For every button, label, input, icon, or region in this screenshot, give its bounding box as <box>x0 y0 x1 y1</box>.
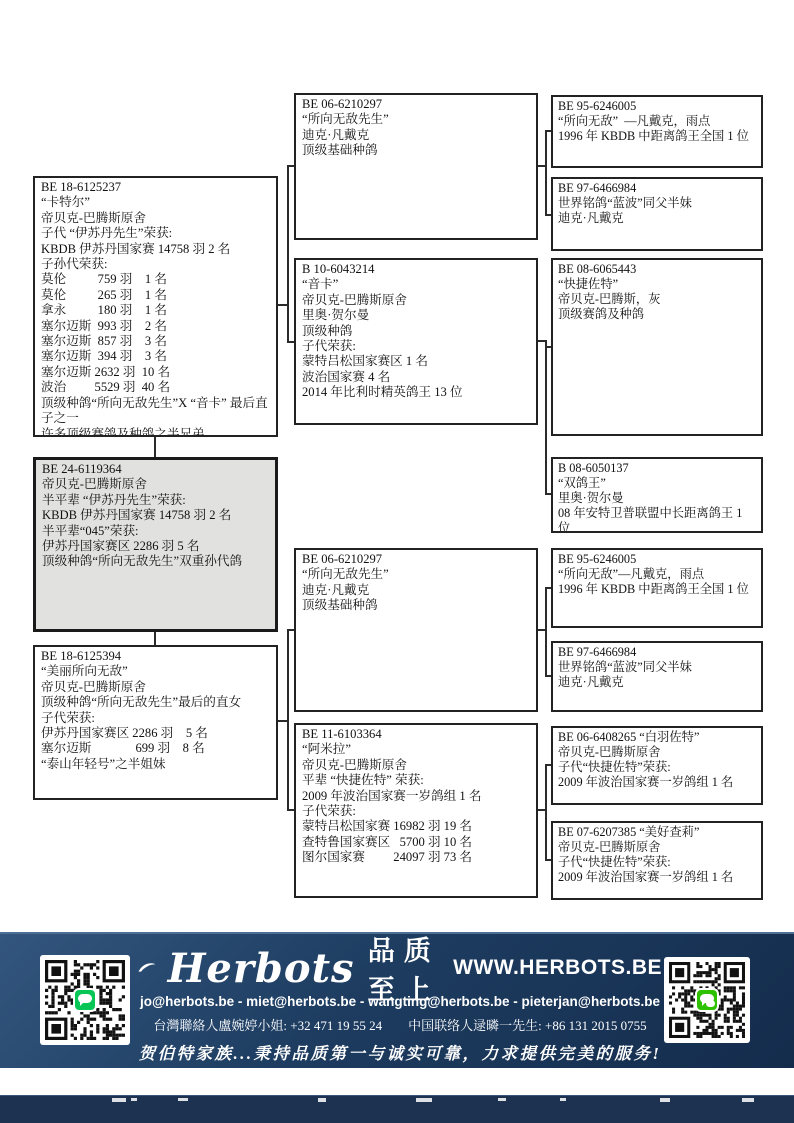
pedigree-line: 查特鲁国家赛区 5700 羽 10 名 <box>302 835 530 850</box>
pedigree-line: “所向无敌先生” <box>302 567 530 582</box>
pedigree-line: 迪克·凡戴克 <box>302 128 530 143</box>
pedigree-line: 帝贝克-巴腾斯，灰 <box>558 292 756 307</box>
pedigree-box-granddam-1: B 10-6043214 “音卡”帝贝克-巴腾斯原舍里奥·贺尔曼顶级种鸽子代荣获… <box>294 258 538 425</box>
connector-line <box>545 764 547 861</box>
box-lines: “所向无敌”—凡戴克，雨点1996 年 KBDB 中距离鸽王全国 1 位 <box>558 567 756 597</box>
pedigree-line: 08 年安特卫普联盟中长距离鸽王 1 位 <box>558 506 756 533</box>
pedigree-line: “所向无敌”—凡戴克，雨点 <box>558 567 756 582</box>
pedigree-line: 子代 “伊苏丹先生”荣获: <box>41 226 270 241</box>
connector-line <box>545 346 551 348</box>
connector-line <box>154 632 156 645</box>
pedigree-line: 平辈 “快捷佐特” 荣获: <box>302 773 530 788</box>
pedigree-line: “快捷佐特” <box>558 277 756 292</box>
ring-number: BE 95-6246005 <box>558 552 756 567</box>
pedigree-line: 帝贝克-巴腾斯原舍 <box>41 680 270 695</box>
pedigree-line: 2009 年波治国家赛一岁鸽组 1 名 <box>558 870 756 885</box>
ring-number: BE 08-6065443 <box>558 262 756 277</box>
pedigree-line: 迪克·凡戴克 <box>558 211 756 226</box>
pedigree-box-ggp5: BE 95-6246005 “所向无敌”—凡戴克，雨点1996 年 KBDB 中… <box>551 548 763 628</box>
box-lines: 帝贝克-巴腾斯原舍子代“快捷佐特”荣获:2009 年波治国家赛一岁鸽组 1 名 <box>558 840 756 885</box>
connector-line <box>545 130 551 132</box>
connector-line <box>287 165 294 167</box>
box-lines: 世界铭鸽“蓝波”同父半妹迪克·凡戴克 <box>558 660 756 690</box>
pedigree-line: 顶级种鸽“所向无敌先生”最后的直女 <box>41 695 270 710</box>
pedigree-box-ggp2: BE 97-6466984 世界铭鸽“蓝波”同父半妹迪克·凡戴克 <box>551 177 763 251</box>
pedigree-line: KBDB 伊苏丹国家赛 14758 羽 2 名 <box>41 242 270 257</box>
taiwan-contact: 台灣聯絡人盧婉婷小姐: +32 471 19 55 24 <box>153 1015 382 1034</box>
connector-line <box>545 587 547 677</box>
pedigree-line: 莫伦 759 羽 1 名 <box>41 272 270 287</box>
connector-line <box>538 165 545 167</box>
pedigree-line: 子代荣获: <box>302 804 530 819</box>
pedigree-line: 伊苏丹国家赛区 2286 羽 5 名 <box>41 726 270 741</box>
box-lines: 帝贝克-巴腾斯原舍子代“快捷佐特”荣获:2009 年波治国家赛一岁鸽组 1 名 <box>558 745 756 790</box>
pedigree-box-ggp6: BE 97-6466984 世界铭鸽“蓝波”同父半妹迪克·凡戴克 <box>551 641 763 712</box>
pedigree-line: 塞尔迈斯 2632 羽 10 名 <box>41 365 270 380</box>
ring-number: BE 97-6466984 <box>558 645 756 660</box>
pedigree-line: “双鸽王” <box>558 476 756 491</box>
pedigree-line: 帝贝克-巴腾斯原舍 <box>558 840 756 855</box>
pedigree-line: 波治国家赛 4 名 <box>302 370 530 385</box>
pedigree-line: 1996 年 KBDB 中距离鸽王全国 1 位 <box>558 582 756 597</box>
pedigree-line: 2009 年波治国家赛一岁鸽组 1 名 <box>302 789 530 804</box>
pedigree-line: 帝贝克-巴腾斯原舍 <box>42 477 269 492</box>
connector-line <box>538 340 545 342</box>
ring-number: BE 18-6125237 <box>41 180 270 195</box>
website-url: WWW.HERBOTS.BE <box>453 956 662 980</box>
pedigree-box-ggp7: BE 06-6408265 “白羽佐特” 帝贝克-巴腾斯原舍子代“快捷佐特”荣获… <box>551 726 763 805</box>
box-lines: “美丽所向无敌”帝贝克-巴腾斯原舍顶级种鸽“所向无敌先生”最后的直女子代荣获:伊… <box>41 664 270 772</box>
pedigree-box-ggp3: BE 08-6065443 “快捷佐特”帝贝克-巴腾斯，灰顶级赛鸽及种鸽 <box>551 258 763 436</box>
pedigree-line: 莫伦 265 羽 1 名 <box>41 288 270 303</box>
pedigree-line: “阿米拉” <box>302 742 530 757</box>
pedigree-line: 许多顶级赛鸽及种鸽之半兄弟 <box>41 427 270 438</box>
pedigree-line: 拿永 180 羽 1 名 <box>41 303 270 318</box>
ring-number: BE 18-6125394 <box>41 649 270 664</box>
pedigree-line: 蒙特吕松国家赛 16982 羽 19 名 <box>302 819 530 834</box>
ring-number: BE 06-6210297 <box>302 97 530 112</box>
contact-row: 台灣聯絡人盧婉婷小姐: +32 471 19 55 24 中国联络人逯暽一先生:… <box>138 1015 662 1034</box>
pedigree-box-granddam-2: BE 11-6103364 “阿米拉”帝贝克-巴腾斯原舍平辈 “快捷佐特” 荣获… <box>294 723 538 898</box>
connector-line <box>287 341 294 343</box>
pedigree-line: “泰山年轻号”之半姐妹 <box>41 757 270 772</box>
connector-line <box>545 493 551 495</box>
line-icon <box>73 988 97 1012</box>
pedigree-line: 帝贝克-巴腾斯原舍 <box>41 211 270 226</box>
next-page-strip <box>0 1095 794 1123</box>
pedigree-line: 迪克·凡戴克 <box>558 675 756 690</box>
pedigree-line: 波治 5529 羽 40 名 <box>41 380 270 395</box>
connector-line <box>287 809 294 811</box>
ring-number: B 10-6043214 <box>302 262 530 277</box>
pedigree-line: “音卡” <box>302 277 530 292</box>
pedigree-line: 顶级种鸽 <box>302 324 530 339</box>
box-lines: 世界铭鸽“蓝波”同父半妹迪克·凡戴克 <box>558 196 756 226</box>
pedigree-box-subject: BE 24-6119364 帝贝克-巴腾斯原舍半平辈 “伊苏丹先生”荣获:KBD… <box>33 457 278 632</box>
line-qr-code <box>40 955 130 1045</box>
pedigree-line: 子孙代荣获: <box>41 257 270 272</box>
connector-line <box>545 130 547 216</box>
box-lines: “双鸽王”里奥·贺尔曼08 年安特卫普联盟中长距离鸽王 1 位 <box>558 476 756 533</box>
pedigree-line: “美丽所向无敌” <box>41 664 270 679</box>
connector-line <box>545 859 551 861</box>
ring-number: BE 06-6408265 “白羽佐特” <box>558 730 756 745</box>
pedigree-box-grandsire-2: BE 06-6210297 “所向无敌先生”迪克·凡戴克顶级基础种鸽 <box>294 548 538 712</box>
pedigree-line: 里奥·贺尔曼 <box>558 491 756 506</box>
connector-line <box>545 764 551 766</box>
box-lines: “所向无敌” —凡戴克，雨点1996 年 KBDB 中距离鸽王全国 1 位 <box>558 114 756 144</box>
pedigree-line: 世界铭鸽“蓝波”同父半妹 <box>558 196 756 211</box>
pedigree-line: 2009 年波治国家赛一岁鸽组 1 名 <box>558 775 756 790</box>
pedigree-line: 2014 年比利时精英鸽王 13 位 <box>302 385 530 400</box>
pedigree-line: 帝贝克-巴腾斯原舍 <box>302 758 530 773</box>
connector-line <box>154 437 156 457</box>
pedigree-line: 蒙特吕松国家赛区 1 名 <box>302 354 530 369</box>
ring-number: BE 11-6103364 <box>302 727 530 742</box>
footer-banner: Herbots 品质至上 WWW.HERBOTS.BE jo@herbots.b… <box>0 932 794 1068</box>
connector-line <box>278 720 287 722</box>
pedigree-box-dam: BE 18-6125394 “美丽所向无敌”帝贝克-巴腾斯原舍顶级种鸽“所向无敌… <box>33 645 278 800</box>
pedigree-line: 伊苏丹国家赛区 2286 羽 5 名 <box>42 539 269 554</box>
pedigree-box-ggp1: BE 95-6246005 “所向无敌” —凡戴克，雨点1996 年 KBDB … <box>551 95 763 168</box>
pedigree-line: 半平辈 “伊苏丹先生”荣获: <box>42 493 269 508</box>
box-lines: “音卡”帝贝克-巴腾斯原舍里奥·贺尔曼顶级种鸽子代荣获:蒙特吕松国家赛区 1 名… <box>302 277 530 400</box>
pedigree-line: 半平辈“045”荣获: <box>42 524 269 539</box>
box-lines: 帝贝克-巴腾斯原舍半平辈 “伊苏丹先生”荣获:KBDB 伊苏丹国家赛 14758… <box>42 477 269 569</box>
pedigree-line: 顶级种鸽“所向无敌先生”双重孙代鸽 <box>42 554 269 569</box>
pedigree-line: 塞尔迈斯 394 羽 3 名 <box>41 349 270 364</box>
connector-line <box>287 165 289 343</box>
box-lines: “卡特尔”帝贝克-巴腾斯原舍子代 “伊苏丹先生”荣获:KBDB 伊苏丹国家赛 1… <box>41 195 270 437</box>
pedigree-line: KBDB 伊苏丹国家赛 14758 羽 2 名 <box>42 508 269 523</box>
pedigree-line: 顶级赛鸽及种鸽 <box>558 307 756 322</box>
connector-line <box>545 340 547 495</box>
ring-number: BE 95-6246005 <box>558 99 756 114</box>
ring-number: B 08-6050137 <box>558 461 756 476</box>
pedigree-line: “所向无敌先生” <box>302 112 530 127</box>
pedigree-box-grandsire-1: BE 06-6210297 “所向无敌先生”迪克·凡戴克顶级基础种鸽 <box>294 93 538 240</box>
pedigree-box-ggp4: B 08-6050137 “双鸽王”里奥·贺尔曼08 年安特卫普联盟中长距离鸽王… <box>551 457 763 533</box>
pedigree-line: 1996 年 KBDB 中距离鸽王全国 1 位 <box>558 129 756 144</box>
connector-line <box>538 809 545 811</box>
pedigree-line: “卡特尔” <box>41 195 270 210</box>
pedigree-line: 迪克·凡戴克 <box>302 583 530 598</box>
pedigree-line: 帝贝克-巴腾斯原舍 <box>558 745 756 760</box>
ring-number: BE 07-6207385 “美好查莉” <box>558 825 756 840</box>
family-tagline: 贺伯特家族...秉持品质第一与诚实可靠，力求提供完美的服务! <box>138 1040 662 1064</box>
pedigree-line: 顶级种鸽“所向无敌先生”X “音卡” 最后直子之一 <box>41 396 270 427</box>
connector-line <box>287 629 289 811</box>
box-lines: “快捷佐特”帝贝克-巴腾斯，灰顶级赛鸽及种鸽 <box>558 277 756 322</box>
pedigree-box-sire: BE 18-6125237 “卡特尔”帝贝克-巴腾斯原舍子代 “伊苏丹先生”荣获… <box>33 176 278 437</box>
pedigree-line: 塞尔迈斯 993 羽 2 名 <box>41 319 270 334</box>
box-lines: “所向无敌先生”迪克·凡戴克顶级基础种鸽 <box>302 567 530 613</box>
pedigree-page: BE 18-6125237 “卡特尔”帝贝克-巴腾斯原舍子代 “伊苏丹先生”荣获… <box>0 0 794 1123</box>
box-lines: “所向无敌先生”迪克·凡戴克顶级基础种鸽 <box>302 112 530 158</box>
connector-line <box>545 675 551 677</box>
pedigree-line: 子代“快捷佐特”荣获: <box>558 855 756 870</box>
pedigree-line: 塞尔迈斯 699 羽 8 名 <box>41 741 270 756</box>
wechat-qr-code <box>664 957 750 1043</box>
pedigree-line: 塞尔迈斯 857 羽 3 名 <box>41 334 270 349</box>
wechat-icon <box>695 988 719 1012</box>
connector-line <box>545 587 551 589</box>
pedigree-line: 子代荣获: <box>302 339 530 354</box>
footer-content: Herbots 品质至上 WWW.HERBOTS.BE jo@herbots.b… <box>138 944 662 1064</box>
connector-line <box>278 304 287 306</box>
email-addresses: jo@herbots.be - miet@herbots.be - wangti… <box>138 994 662 1009</box>
pedigree-line: 子代“快捷佐特”荣获: <box>558 760 756 775</box>
feather-icon <box>138 957 156 979</box>
pedigree-line: 顶级基础种鸽 <box>302 143 530 158</box>
pedigree-line: 顶级基础种鸽 <box>302 598 530 613</box>
connector-line <box>545 214 551 216</box>
ring-number: BE 24-6119364 <box>42 462 269 477</box>
herbots-logo: Herbots <box>168 945 355 992</box>
connector-line <box>287 629 294 631</box>
box-lines: “阿米拉”帝贝克-巴腾斯原舍平辈 “快捷佐特” 荣获:2009 年波治国家赛一岁… <box>302 742 530 865</box>
pedigree-line: 世界铭鸽“蓝波”同父半妹 <box>558 660 756 675</box>
china-contact: 中国联络人逯暽一先生: +86 131 2015 0755 <box>408 1015 646 1034</box>
connector-line <box>538 629 545 631</box>
ring-number: BE 97-6466984 <box>558 181 756 196</box>
pedigree-box-ggp8: BE 07-6207385 “美好查莉” 帝贝克-巴腾斯原舍子代“快捷佐特”荣获… <box>551 821 763 900</box>
pedigree-line: 子代荣获: <box>41 711 270 726</box>
pedigree-line: 帝贝克-巴腾斯原舍 <box>302 293 530 308</box>
ring-number: BE 06-6210297 <box>302 552 530 567</box>
pedigree-line: 里奥·贺尔曼 <box>302 308 530 323</box>
pedigree-line: 图尔国家赛 24097 羽 73 名 <box>302 850 530 865</box>
pedigree-line: “所向无敌” —凡戴克，雨点 <box>558 114 756 129</box>
